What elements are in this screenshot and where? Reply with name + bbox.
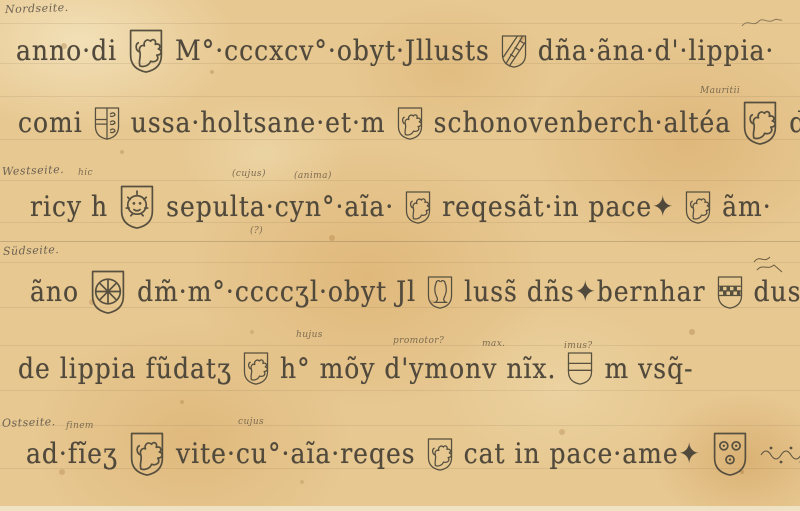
ruled-guideline (0, 23, 800, 24)
note-promotor: promotor? (393, 336, 444, 346)
inscription-text: M°·cccxcv°·obyt·Jllusts (175, 34, 490, 66)
barry-shield (565, 350, 595, 386)
lion-rampant-shield (425, 436, 455, 472)
inscription-text: dña·ãna·d'·lippia· (538, 34, 774, 66)
lion-rampant-shield (740, 99, 780, 146)
inscription-line-east: ad·fĩeʒ vite·cu°·aĩa·reqes cat in pace·a… (26, 430, 800, 477)
label-ostseite: Ostseite. (2, 415, 56, 430)
manuscript-page: Nordseite. Westseite. hic Südseite. Osts… (0, 0, 800, 511)
inscription-text: m vsq̃- (604, 352, 693, 384)
wheel-shield (88, 268, 128, 315)
inscription-line-north-2: comi ussa·holtsane·et·m schonovenberch·a… (18, 99, 800, 146)
inscription-text: schonovenberch·altéa (434, 106, 732, 138)
inscription-line-south-1: ãno dm̃·m°·ccccʒl·obyt Jl luss̃ dñs✦bern… (30, 268, 800, 315)
inscription-text: dus (754, 275, 800, 307)
inscription-text: comi (18, 106, 83, 138)
lion-rampant-shield (683, 189, 713, 225)
lion-rampant-shield (127, 430, 167, 477)
inscription-text: reqesãt·in pace✦ (442, 190, 674, 222)
inscription-line-south-2: de lippia fũdatʒ h° mõy d'ymonv nĩx. m v… (18, 350, 694, 386)
inscription-text: ad·fĩeʒ (26, 437, 118, 469)
note-max: max. (482, 339, 505, 349)
note-mauritii: Mauritii (700, 86, 740, 96)
lion-rampant-shield (241, 350, 271, 386)
inscription-line-north-1: anno·di M°·cccxcv°·obyt·Jllusts dña·ãna·… (16, 27, 774, 74)
paper-speckles (0, 0, 4, 4)
note-hic: hic (78, 168, 93, 178)
label-nordseite: Nordseite. (5, 1, 69, 16)
inscription-text: dm̃·m°·ccccʒl·obyt Jl (137, 275, 416, 307)
ruled-guideline (0, 96, 800, 97)
ruled-guideline (0, 425, 800, 426)
sun-face-shield (117, 183, 157, 230)
inscription-text: ussa·holtsane·et·m (131, 106, 386, 138)
lion-rampant-shield (126, 27, 166, 74)
inscription-text: ãno (30, 275, 79, 307)
note-cujus-east: cujus (238, 417, 264, 427)
note-imus: imus? (564, 341, 593, 351)
lion-rampant-shield (395, 105, 425, 141)
inscription-line-west: ricy h sepulta·cyn°·aĩa· reqesãt·in pace… (30, 183, 772, 230)
floral-flourish (759, 441, 800, 467)
inscription-text: sepulta·cyn°·aĩa· (166, 190, 394, 222)
inscription-text: cat in pace·ame✦ (464, 437, 701, 469)
note-query: (?) (250, 226, 263, 236)
inscription-text: de lippia fũdatʒ (18, 352, 232, 384)
lion-rampant-shield (403, 189, 433, 225)
inscription-text: vite·cu°·aĩa·reqes (176, 437, 416, 469)
ruled-guideline (0, 390, 800, 391)
section-divider-line (0, 241, 800, 242)
three-roses-shield (710, 430, 750, 477)
inscription-text: ricy h (30, 190, 108, 222)
note-anima: (anima) (294, 171, 332, 181)
ruled-guideline (0, 180, 800, 181)
note-hujus: hujus (296, 330, 323, 340)
bend-hatched-shield (499, 33, 529, 69)
double-hook-shield (425, 274, 455, 310)
ruled-guideline (0, 262, 800, 263)
label-westseite: Westseite. (2, 163, 65, 178)
fess-and-lions-shield (92, 105, 122, 141)
inscription-text: h° mõy d'ymonv nĩx. (280, 352, 556, 384)
inscription-text: ãm· (722, 190, 772, 222)
pencil-squiggle-mark (752, 252, 792, 278)
inscription-text: anno·di (16, 34, 117, 66)
inscription-text: die mia (789, 106, 800, 138)
label-suedseite: Südseite. (3, 243, 60, 258)
checky-fess-shield (715, 274, 745, 310)
inscription-text: luss̃ dñs✦bernhar (464, 275, 705, 307)
note-cujus: (cujus) (232, 169, 266, 179)
